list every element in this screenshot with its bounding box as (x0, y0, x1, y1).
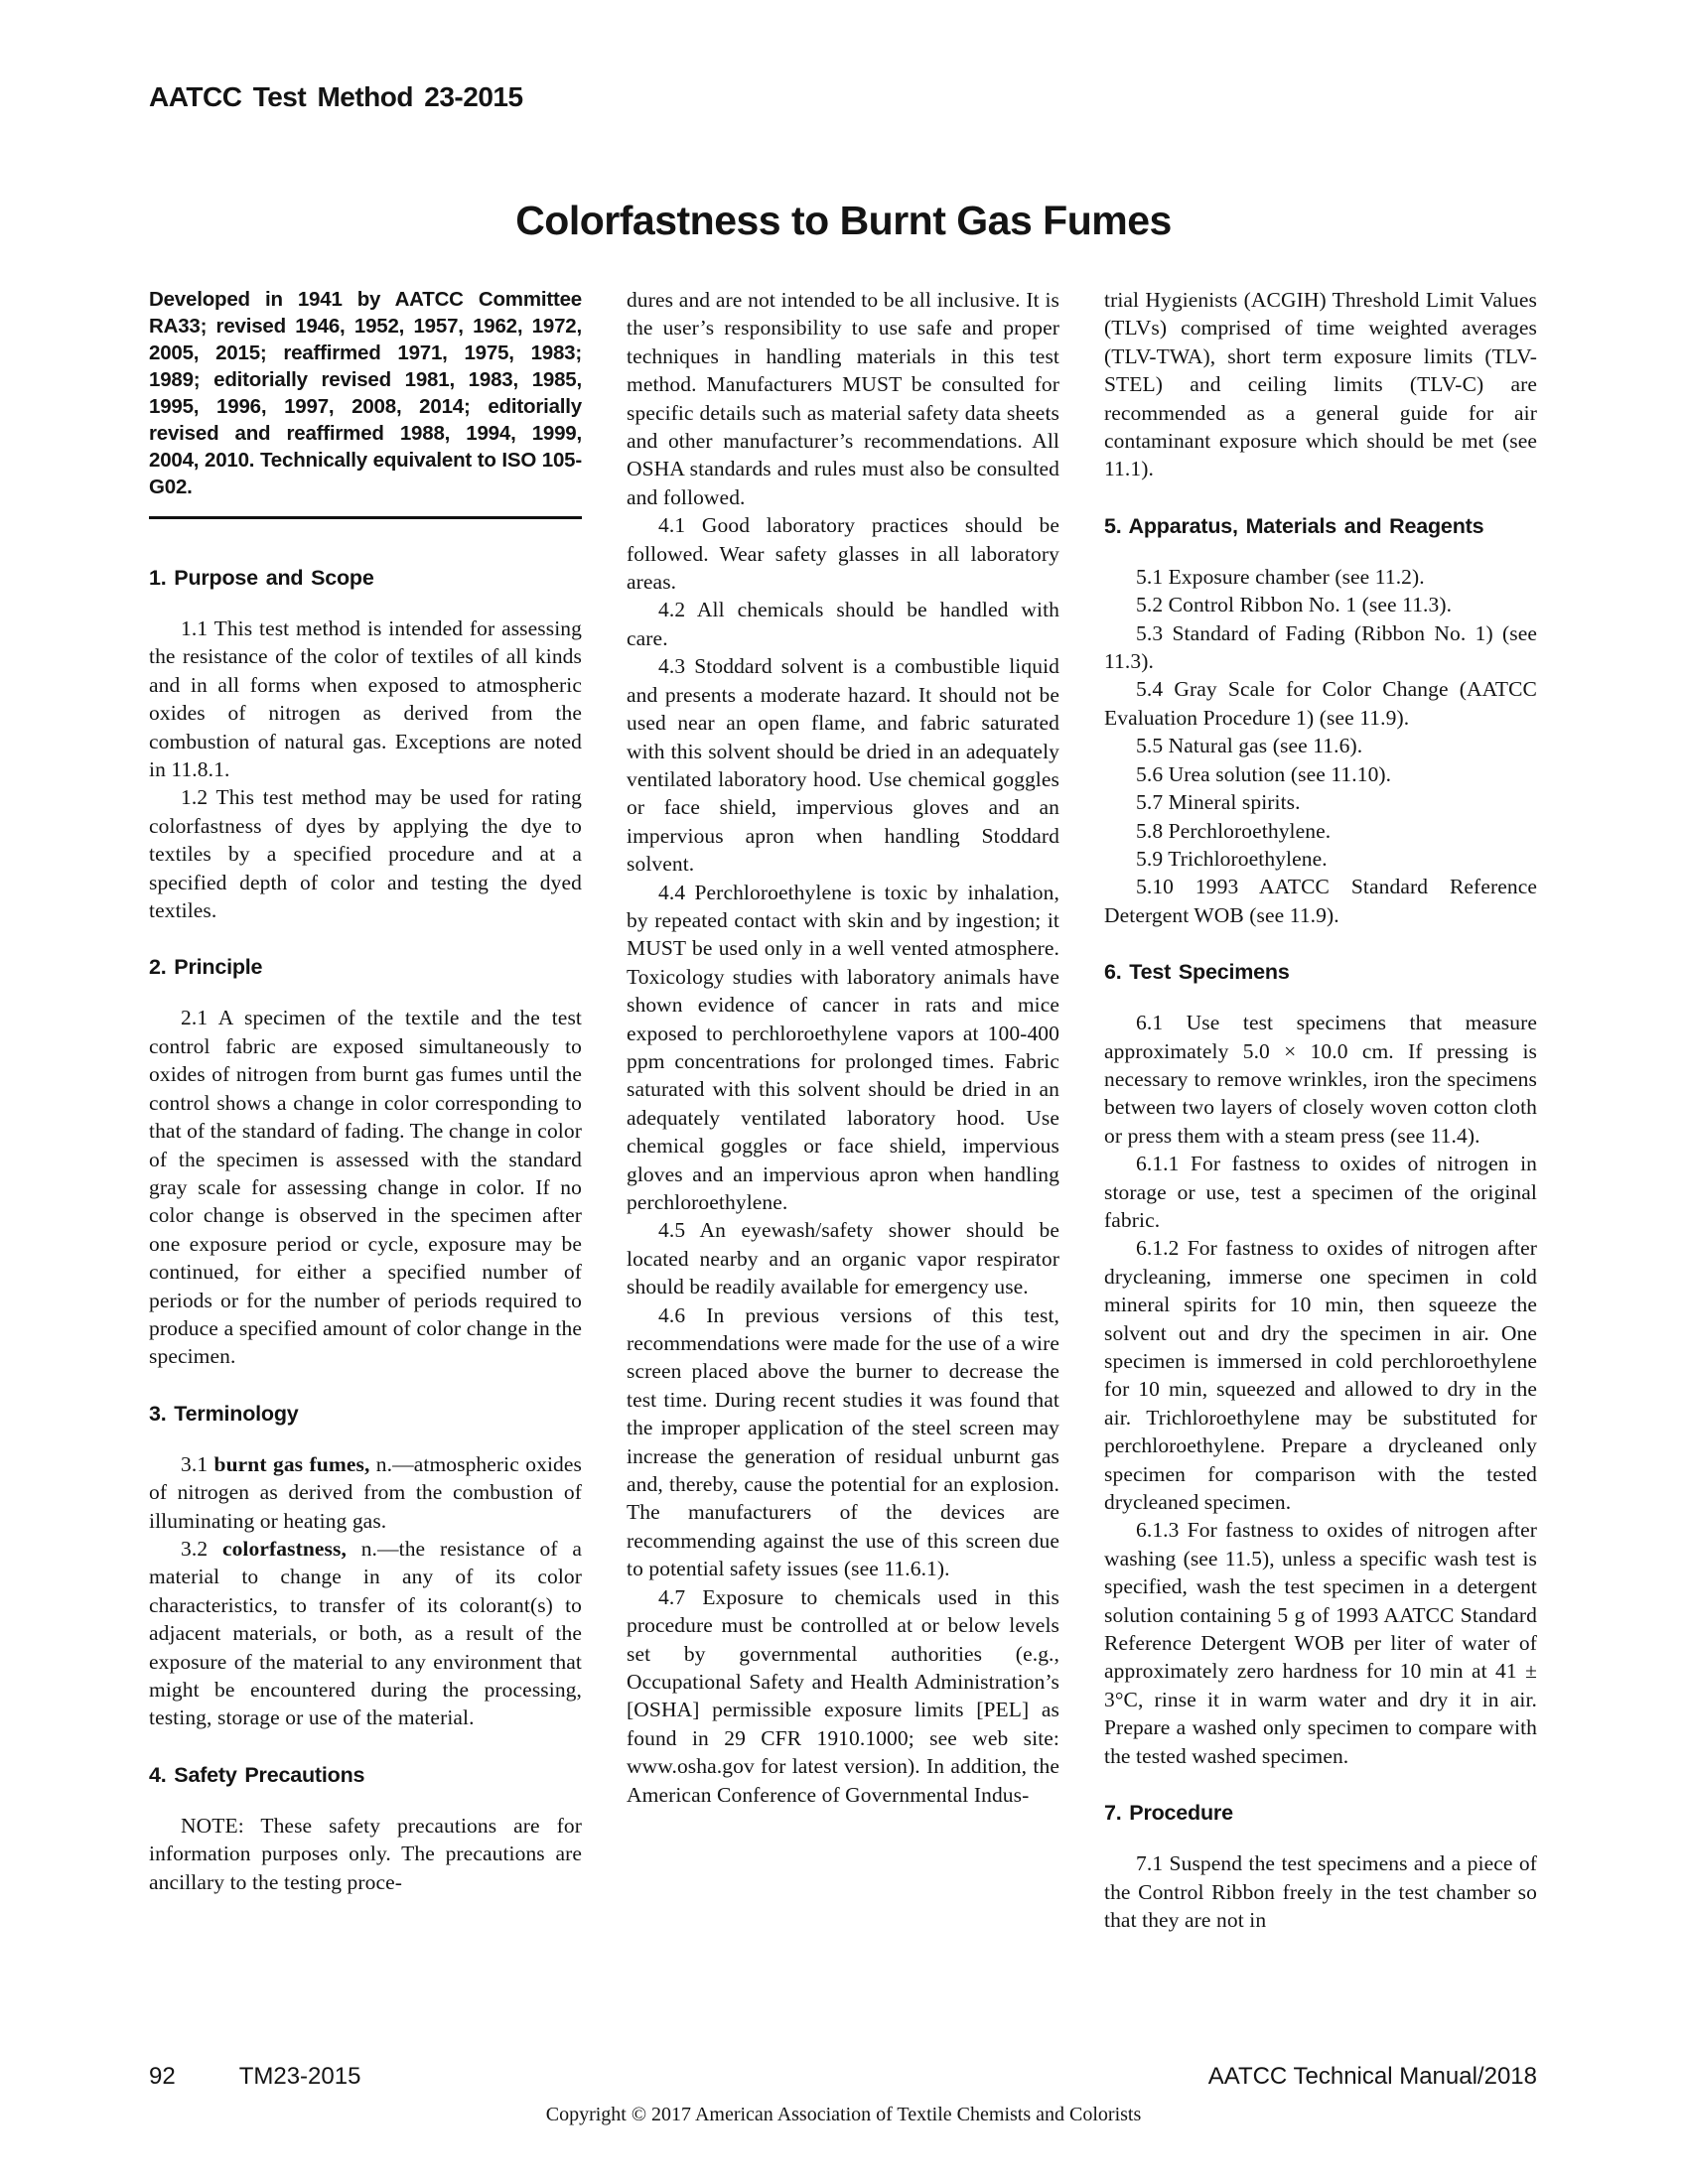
text-run: 5.8 Perchloroethylene. (1136, 819, 1331, 843)
paragraph: 7.1 Suspend the test specimens and a pie… (1104, 1849, 1537, 1934)
paragraph: 5.6 Urea solution (see 11.10). (1104, 760, 1537, 788)
paragraph: 5.9 Trichloroethylene. (1104, 845, 1537, 873)
text-run: 5.9 Trichloroethylene. (1136, 847, 1328, 871)
text-run: n.—the resistance of a material to chang… (149, 1537, 582, 1729)
paragraph: 4.3 Stoddard solvent is a combustible li… (627, 652, 1059, 878)
paragraph: dures and are not intended to be all inc… (627, 286, 1059, 511)
text-run: 5.10 1993 AATCC Standard Reference Deter… (1104, 875, 1537, 926)
text-run: 6.1 Use test specimens that measure appr… (1104, 1011, 1537, 1148)
paragraph: 6.1.3 For fastness to oxides of nitrogen… (1104, 1516, 1537, 1770)
paragraph: 6.1.2 For fastness to oxides of nitrogen… (1104, 1234, 1537, 1516)
footer-left: 92TM23-2015 (149, 2063, 360, 2091)
text-run: 6.1.2 For fastness to oxides of nitrogen… (1104, 1236, 1537, 1514)
text-run: 4.1 Good laboratory practices should be … (627, 513, 1059, 594)
paragraph: 2.1 A specimen of the textile and the te… (149, 1004, 582, 1370)
text-run: 4.5 An eyewash/safety shower should be l… (627, 1218, 1059, 1298)
paragraph: 5.2 Control Ribbon No. 1 (see 11.3). (1104, 591, 1537, 618)
paragraph: 4.5 An eyewash/safety shower should be l… (627, 1216, 1059, 1300)
text-run: 5.1 Exposure chamber (see 11.2). (1136, 565, 1425, 589)
paragraph: 1.1 This test method is intended for ass… (149, 614, 582, 783)
text-run: 6.1.1 For fastness to oxides of nitrogen… (1104, 1152, 1537, 1232)
text-run: 7.1 Suspend the test specimens and a pie… (1104, 1851, 1537, 1932)
section-heading: 7. Procedure (1104, 1800, 1537, 1826)
text-run: 4.2 All chemicals should be handled with… (627, 598, 1059, 649)
text-run: trial Hygienists (ACGIH) Threshold Limit… (1104, 288, 1537, 480)
paragraph: NOTE: These safety precautions are for i… (149, 1812, 582, 1896)
text-run: 5.5 Natural gas (see 11.6). (1136, 734, 1362, 757)
paragraph: 6.1 Use test specimens that measure appr… (1104, 1009, 1537, 1150)
paragraph: 5.3 Standard of Fading (Ribbon No. 1) (s… (1104, 619, 1537, 676)
paragraph: 4.7 Exposure to chemicals used in this p… (627, 1583, 1059, 1809)
paragraph: 5.7 Mineral spirits. (1104, 788, 1537, 816)
paragraph: 6.1.1 For fastness to oxides of nitrogen… (1104, 1150, 1537, 1234)
paragraph: 4.4 Perchloroethylene is toxic by inhala… (627, 879, 1059, 1217)
paragraph: 3.1 burnt gas fumes, n.—atmospheric oxid… (149, 1450, 582, 1535)
text-run: 4.3 Stoddard solvent is a combustible li… (627, 654, 1059, 876)
text-run: 5.7 Mineral spirits. (1136, 790, 1301, 814)
page-title: Colorfastness to Burnt Gas Fumes (0, 198, 1687, 244)
revision-history: Developed in 1941 by AATCC Committee RA3… (149, 286, 582, 519)
paragraph: 4.2 All chemicals should be handled with… (627, 596, 1059, 652)
paragraph: 4.1 Good laboratory practices should be … (627, 511, 1059, 596)
copyright-notice: Copyright © 2017 American Association of… (0, 2104, 1687, 2126)
text-run: 2.1 A specimen of the textile and the te… (149, 1006, 582, 1368)
text-run: 4.4 Perchloroethylene is toxic by inhala… (627, 881, 1059, 1214)
section-heading: 6. Test Specimens (1104, 959, 1537, 985)
text-run: 5.2 Control Ribbon No. 1 (see 11.3). (1136, 593, 1452, 616)
section-heading: 3. Terminology (149, 1401, 582, 1427)
section-heading: 1. Purpose and Scope (149, 565, 582, 591)
text-run: 1.1 This test method is intended for ass… (149, 616, 582, 781)
term-bold: burnt gas fumes, (214, 1452, 370, 1476)
text-run: 5.3 Standard of Fading (Ribbon No. 1) (s… (1104, 621, 1537, 673)
term-bold: colorfastness, (222, 1537, 347, 1561)
text-column-2: dures and are not intended to be all inc… (627, 286, 1059, 2043)
running-header: AATCC Test Method 23-2015 (149, 81, 523, 113)
paragraph: trial Hygienists (ACGIH) Threshold Limit… (1104, 286, 1537, 483)
paragraph: 5.4 Gray Scale for Color Change (AATCC E… (1104, 675, 1537, 732)
text-run: NOTE: These safety precautions are for i… (149, 1814, 582, 1894)
section-heading: 5. Apparatus, Materials and Reagents (1104, 513, 1537, 539)
text-run: 6.1.3 For fastness to oxides of nitrogen… (1104, 1518, 1537, 1767)
text-run: 3.1 (181, 1452, 214, 1476)
document-page: AATCC Test Method 23-2015 Colorfastness … (0, 0, 1687, 2184)
text-run: 4.6 In previous versions of this test, r… (627, 1303, 1059, 1581)
manual-name: AATCC Technical Manual/2018 (1208, 2063, 1537, 2091)
text-run: 5.6 Urea solution (see 11.10). (1136, 762, 1391, 786)
text-run: dures and are not intended to be all inc… (627, 288, 1059, 509)
section-heading: 4. Safety Precautions (149, 1762, 582, 1788)
section-heading: 2. Principle (149, 954, 582, 980)
text-column-1: Developed in 1941 by AATCC Committee RA3… (149, 286, 582, 2043)
text-run: 4.7 Exposure to chemicals used in this p… (627, 1585, 1059, 1807)
text-run: 1.2 This test method may be used for rat… (149, 785, 582, 922)
paragraph: 5.8 Perchloroethylene. (1104, 817, 1537, 845)
paragraph: 5.10 1993 AATCC Standard Reference Deter… (1104, 873, 1537, 929)
paragraph: 5.5 Natural gas (see 11.6). (1104, 732, 1537, 759)
text-column-3: trial Hygienists (ACGIH) Threshold Limit… (1104, 286, 1537, 2043)
paragraph: 1.2 This test method may be used for rat… (149, 783, 582, 924)
page-number: 92 (149, 2063, 176, 2090)
document-number: TM23-2015 (239, 2063, 361, 2090)
text-run: 3.2 (181, 1537, 222, 1561)
paragraph: 5.1 Exposure chamber (see 11.2). (1104, 563, 1537, 591)
paragraph: 4.6 In previous versions of this test, r… (627, 1301, 1059, 1583)
paragraph: 3.2 colorfastness, n.—the resistance of … (149, 1535, 582, 1732)
text-run: 5.4 Gray Scale for Color Change (AATCC E… (1104, 677, 1537, 729)
